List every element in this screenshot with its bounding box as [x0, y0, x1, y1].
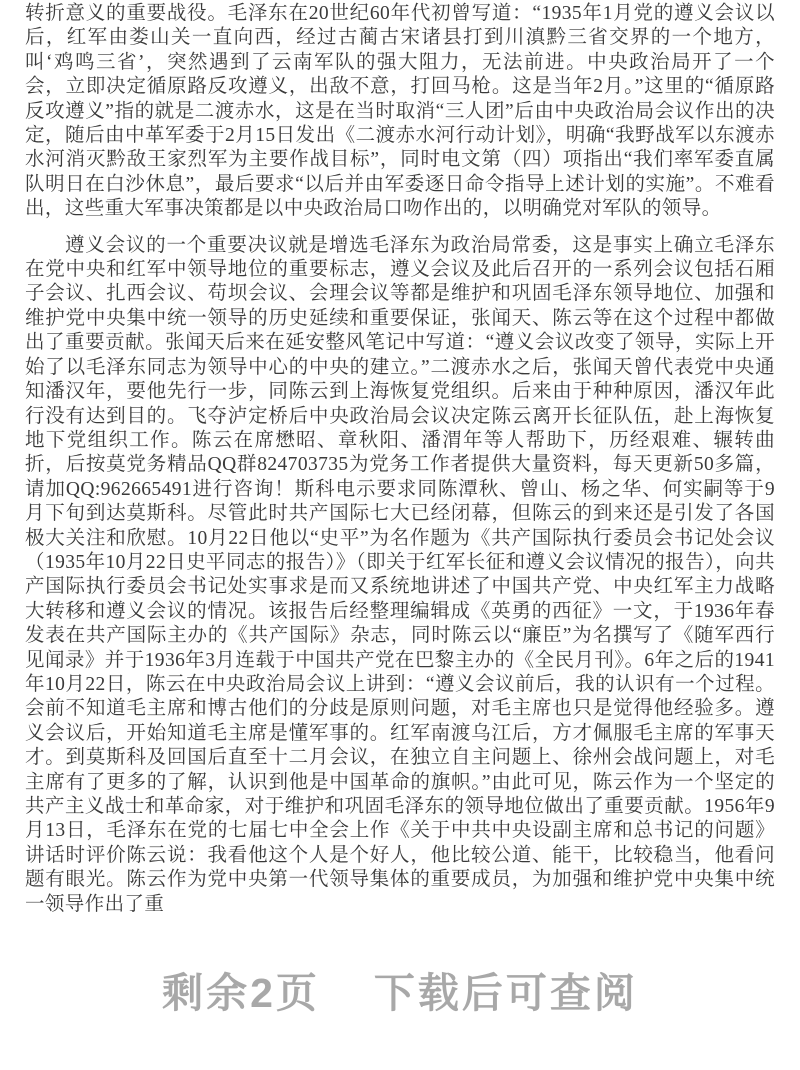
document-body-text: 转折意义的重要战役。毛泽东在20世纪60年代初曾写道：“1935年1月党的遵义会… [25, 2, 775, 917]
download-to-view-label: 下载后可查阅 [374, 960, 638, 1019]
document-page: 转折意义的重要战役。毛泽东在20世纪60年代初曾写道：“1935年1月党的遵义会… [0, 0, 800, 1070]
paragraph-2: 遵义会议的一个重要决议就是增选毛泽东为政治局常委，这是事实上确立毛泽东在党中央和… [25, 234, 775, 917]
remaining-pages-label: 剩余2页 [162, 960, 320, 1019]
remaining-pages-notice: 剩余2页 下载后可查阅 [0, 960, 800, 1019]
paragraph-1: 转折意义的重要战役。毛泽东在20世纪60年代初曾写道：“1935年1月党的遵义会… [25, 2, 775, 222]
